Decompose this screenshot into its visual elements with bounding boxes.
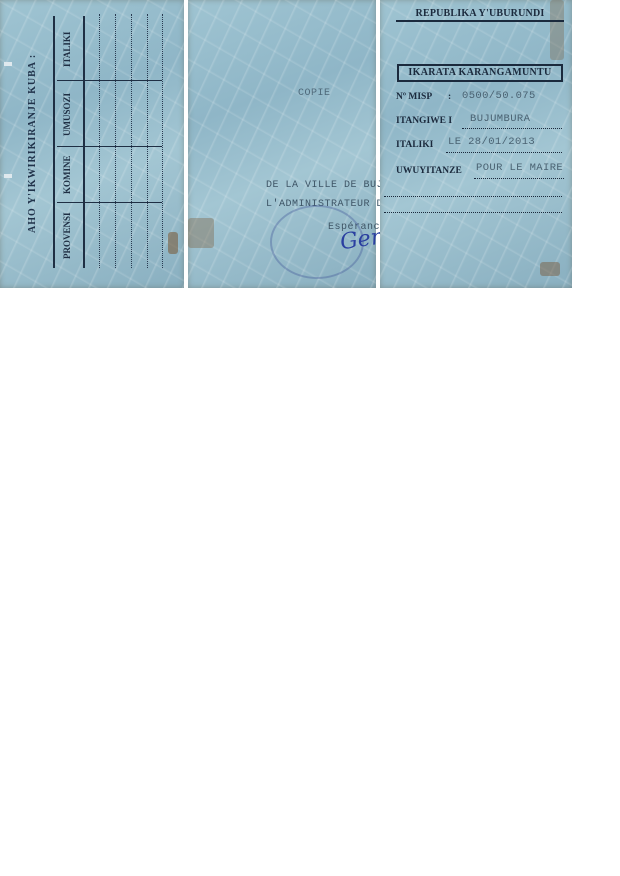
field-value-misp: 0500/50.075 (462, 90, 536, 102)
column-label-italiki: ITALIKI (62, 20, 76, 78)
table-rule-right (83, 16, 85, 268)
wear-stain (540, 262, 560, 276)
entry-row-line (147, 14, 148, 268)
field-value-uwuyitanze: POUR LE MAIRE (476, 162, 563, 174)
residence-table-title: AHO Y'IKWIRIKIRANJE KUBA : (27, 18, 47, 268)
entry-row-line (131, 14, 132, 268)
staple-mark (4, 174, 12, 178)
field-dotted-line (384, 200, 562, 213)
left-panel-residence-table: AHO Y'IKWIRIKIRANJE KUBA : PROVENSI KOMI… (0, 0, 184, 288)
field-dotted-line (384, 184, 562, 197)
entry-row-line (162, 14, 163, 268)
field-label-italiki: ITALIKI (396, 140, 433, 150)
entry-row-line (115, 14, 116, 268)
wear-stain (168, 232, 178, 254)
field-separator: : (448, 92, 451, 102)
card-title: IKARATA KARANGAMUNTU (397, 64, 563, 82)
entry-row-line (99, 14, 100, 268)
identity-card-scan: AHO Y'IKWIRIKIRANJE KUBA : PROVENSI KOMI… (0, 0, 572, 288)
staple-mark (4, 62, 12, 66)
wear-stain (188, 218, 214, 248)
table-rule-left (53, 16, 55, 268)
column-label-komine: KOMINE (62, 148, 76, 202)
field-value-italiki: LE 28/01/2013 (448, 136, 535, 148)
field-label-itangiwe: ITANGIWE I (396, 116, 452, 126)
field-label-uwuyitanze: UWUYITANZE (396, 166, 462, 176)
copy-mark: COPIE (298, 88, 331, 99)
republic-header: REPUBLIKA Y'UBURUNDI (396, 8, 564, 22)
column-label-provensi: PROVENSI (62, 206, 76, 266)
field-value-itangiwe: BUJUMBURA (470, 113, 530, 125)
column-label-umusozi: UMUSOZI (62, 82, 76, 146)
field-label-misp: Nº MISP (396, 92, 432, 102)
